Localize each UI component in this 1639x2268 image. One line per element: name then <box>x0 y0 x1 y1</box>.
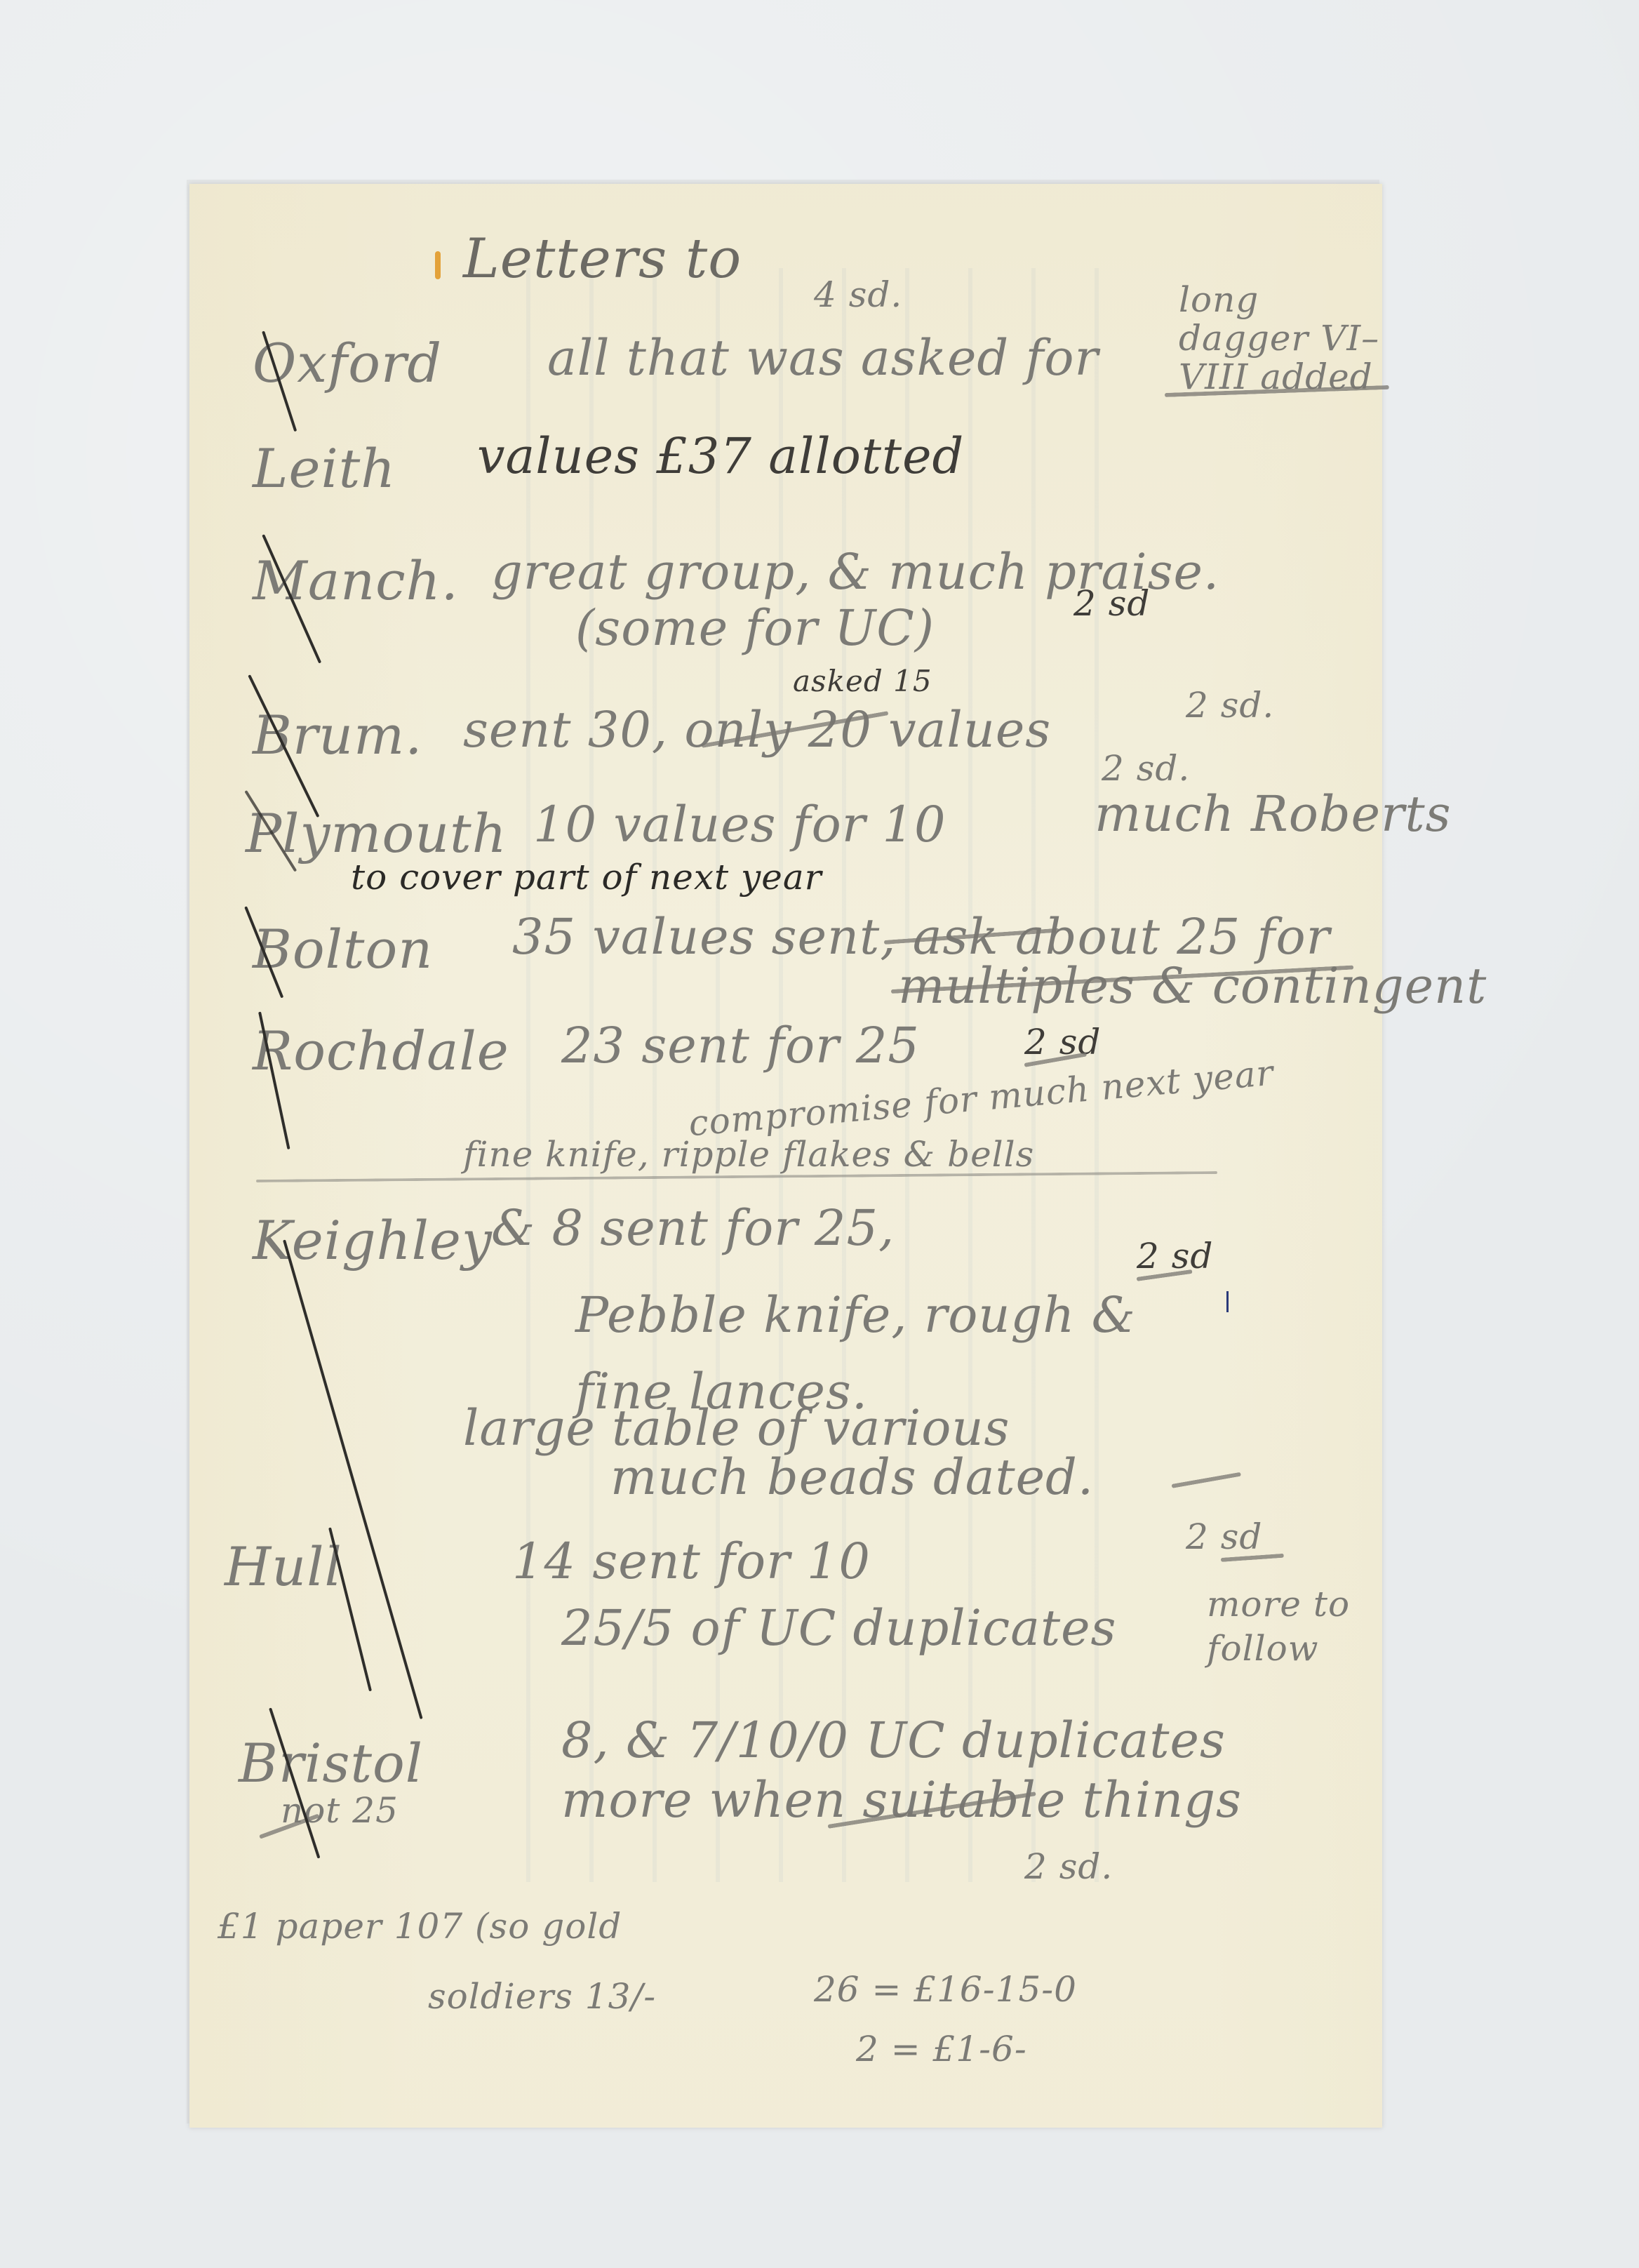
entry-subnote-manchester: (some for UC) <box>575 603 935 653</box>
entry-ink-note-plymouth: to cover part of next year <box>351 860 822 895</box>
oxford-aside: 4 sd. <box>814 277 902 312</box>
entry-note-bristol: 8, & 7/10/0 UC duplicates <box>561 1716 1226 1765</box>
entry-place-hull: Hull <box>225 1540 342 1594</box>
orange-crayon-mark <box>435 251 441 279</box>
footer-calc-1: 26 = £16-15-0 <box>814 1972 1077 2007</box>
entry-aside-plymouth: 2 sd. <box>1102 751 1190 786</box>
heading: Letters to <box>463 232 742 286</box>
footer-line-1: £1 paper 107 (so gold <box>218 1909 622 1944</box>
entry-subnote-bristol: more when suitable things <box>561 1775 1242 1825</box>
entry-aside-rochdale: 2 sd <box>1024 1025 1101 1060</box>
entry-margin-note-plymouth: much Roberts <box>1095 789 1452 839</box>
entry-place-bristol: Bristol <box>239 1737 423 1790</box>
entry-place-leith: Leith <box>253 442 396 495</box>
footer-calc-2: 2 = £1-6- <box>856 2032 1027 2067</box>
oxford-margin-note: long dagger VI–VIII added <box>1179 281 1389 396</box>
entry-note-oxford: all that was asked for <box>547 333 1099 382</box>
entry-note-brum: sent 30, only 20 values <box>463 705 1051 754</box>
footer-line-2: soldiers 13/- <box>428 1979 656 2014</box>
entry-note-hull: 14 sent for 10 <box>512 1537 871 1586</box>
entry-note-rochdale: 23 sent for 25 <box>561 1021 920 1070</box>
blue-ink-mark <box>1226 1291 1229 1312</box>
entry-aside-keighley: 2 sd <box>1137 1239 1213 1274</box>
entry-aside-hull: 2 sd <box>1186 1519 1262 1554</box>
entry-note-leith: values £37 allotted <box>477 432 964 481</box>
entry-subnote2-rochdale: fine knife, ripple flakes & bells <box>463 1137 1034 1172</box>
entry-place-bolton: Bolton <box>253 923 433 976</box>
entry-note-keighley: & 8 sent for 25, <box>491 1203 895 1253</box>
entry-superscript-brum: asked 15 <box>793 667 932 696</box>
entry-margin-note-hull: more to follow <box>1207 1582 1368 1670</box>
entry-subnote2-keighley: large table of various <box>463 1403 1010 1453</box>
entry-subnote3-keighley: much beads dated. <box>610 1453 1094 1502</box>
entry-note-plymouth: 10 values for 10 <box>533 800 946 849</box>
entry-aside-brum: 2 sd. <box>1186 688 1274 723</box>
entry-aside-manchester: 2 sd <box>1073 586 1150 621</box>
entry-place-rochdale: Rochdale <box>253 1025 509 1078</box>
entry-aside-bristol: 2 sd. <box>1024 1849 1113 1884</box>
entry-note-bolton: 35 values sent, ask about 25 for <box>512 912 1330 961</box>
entry-subnote-hull: 25/5 of UC duplicates <box>561 1603 1116 1653</box>
